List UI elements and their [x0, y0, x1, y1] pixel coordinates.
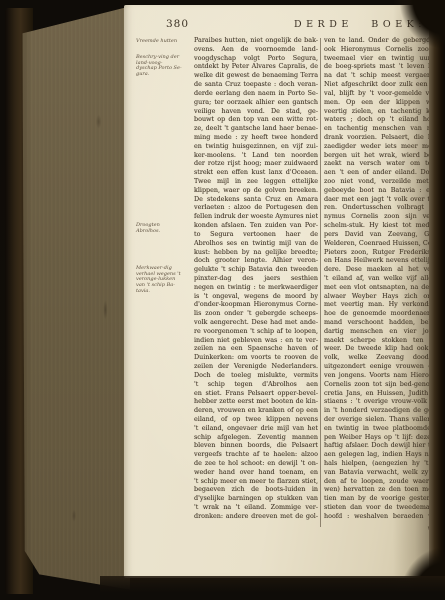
text-line: kust: hebben by na gelijke breedte; [194, 248, 318, 257]
text-line: vergeefs trachte af te haelen: alzoo [194, 450, 318, 459]
text-line: strekt een effen kust lanx d'Oceaen. [194, 168, 318, 177]
text-line: bouwt op den top van een witte rot- [194, 115, 318, 124]
text-line: veilige haven vond. De stad, ge- [194, 107, 318, 116]
text-line: begaeven zich de boots-luiden in [194, 485, 318, 494]
text-line: Duinkerken: om voorts te rooven de [194, 353, 318, 362]
text-line: deren, vrouwen en kranken of op een [194, 406, 318, 415]
text-line: voogdyschap volgt Porto Segura, eerst [194, 54, 318, 63]
text-line: gura; ter oorzaek alhier een gantsch [194, 98, 318, 107]
text-line: verlaeten : alzoo de Portugesen den [194, 203, 318, 212]
text-line: dronken: andere dreeven met de gol- [194, 512, 318, 521]
text-line: Doch de toeleg mislukte, vermits [194, 371, 318, 380]
text-line: ming mede : zy heeft twee honderd [194, 133, 318, 142]
column-divider [320, 38, 321, 527]
margin-note: Vreemde hutten [136, 39, 182, 45]
text-line: re voorgenomen 't schip af te loopen, [194, 327, 318, 336]
text-line: zeilen der Verenigde Nederlanders. [194, 362, 318, 371]
facing-page-edge [429, 0, 445, 600]
page-bottom-shadow [100, 576, 445, 600]
text-line: klippen, waer op de golven breeken. [194, 186, 318, 195]
text-line: indien niet gebleven was : en te ver- [194, 336, 318, 345]
text-column-left: Paraibes hutten, niet ongelijk de bak-ov… [194, 36, 318, 521]
text-line: de zee te hol schoot: en dewijl 't on- [194, 459, 318, 468]
text-line: bleven binnen boords, die Pelsaert [194, 441, 318, 450]
text-line: en twintig huisgezinnen, en vijf zui- [194, 142, 318, 151]
text-line: hebber zette eerst met booten de kin- [194, 397, 318, 406]
text-line: De stedekens santa Cruz en Amara zijn [194, 195, 318, 204]
text-line: eiland, of op twee klippen nevens [194, 415, 318, 424]
text-line: Twee mijl in zee leggen ettelijke [194, 177, 318, 186]
text-line: fellen indruk der woeste Aymures niet [194, 212, 318, 221]
margin-note: Merkwaer-dig verhael wegens 't veronge-l… [136, 266, 182, 295]
text-line: 't wrak na 't eiland. Zommige ver- [194, 503, 318, 512]
book-photo: 380 DERDE BOEK: Vreemde hutten Beschry-v… [0, 0, 445, 600]
text-line: derde eerlang den naem in Porto Se- [194, 89, 318, 98]
text-line: lis zoon onder 't gebergde scheeps- [194, 309, 318, 318]
text-line: schip afgelegen. Zeventig mannen [194, 433, 318, 442]
text-line: weder hand over hand toenam, en [194, 468, 318, 477]
text-line: ovens. Aen de voornoemde land- [194, 45, 318, 54]
margin-note: Droogten Abrolhos. [136, 223, 182, 234]
text-line: to Segura vertoonen haer de droogten [194, 230, 318, 239]
text-line: en stiet. Frans Pelsaert opper-bevel- [194, 389, 318, 398]
text-line: 't eiland, ongevaer drie mijl van het [194, 424, 318, 433]
margin-note: Beschry-ving der land-voog-dyschap Porto… [136, 55, 182, 78]
text-line: doch grooter lengte. Alhier veron- [194, 256, 318, 265]
text-line: de santa Cruz toepaste : doch veran- [194, 80, 318, 89]
text-line: volk aengerecht. Dese had met ande- [194, 318, 318, 327]
page-number: 380 [166, 18, 189, 30]
page-fore-edge [18, 4, 130, 592]
text-line: d'onder-koopman Hieronymus Corne- [194, 300, 318, 309]
text-line: is 't ongeval, wegens de moord by [194, 292, 318, 301]
text-line: 't schip tegen d'Abrolhos aen spaende- [194, 380, 318, 389]
text-line: ker-moolens. 't Land ten noorden [194, 151, 318, 160]
text-line: welke dit gewest de benaeming Terra [194, 71, 318, 80]
text-line: Abrolhos ses en twintig mijl van de [194, 239, 318, 248]
text-line: pinxter-dag des jaers sesthien honderd [194, 274, 318, 283]
binding-shadow-top [400, 0, 445, 48]
text-line: d'yselijke barningen op stukken van [194, 494, 318, 503]
text-line: gelukte 't schip Batavia den tweeden [194, 265, 318, 274]
text-line: ze, deelt 't gantsche land haer benae- [194, 124, 318, 133]
text-line: zeilen na een Spaensche haven of [194, 344, 318, 353]
text-line: Paraibes hutten, niet ongelijk de bak- [194, 36, 318, 45]
text-line: konden afslaen. Ten zuiden van Por- [194, 221, 318, 230]
text-line: der rotze rijst hoog; maer zuidwaerd [194, 159, 318, 168]
text-line: negen en twintig : te merkwaerdiger [194, 283, 318, 292]
text-line: ontdekt by Peter Alvares Capralis, de [194, 62, 318, 71]
text-line: 't schip meer en meer te flarzen stiet, [194, 477, 318, 486]
